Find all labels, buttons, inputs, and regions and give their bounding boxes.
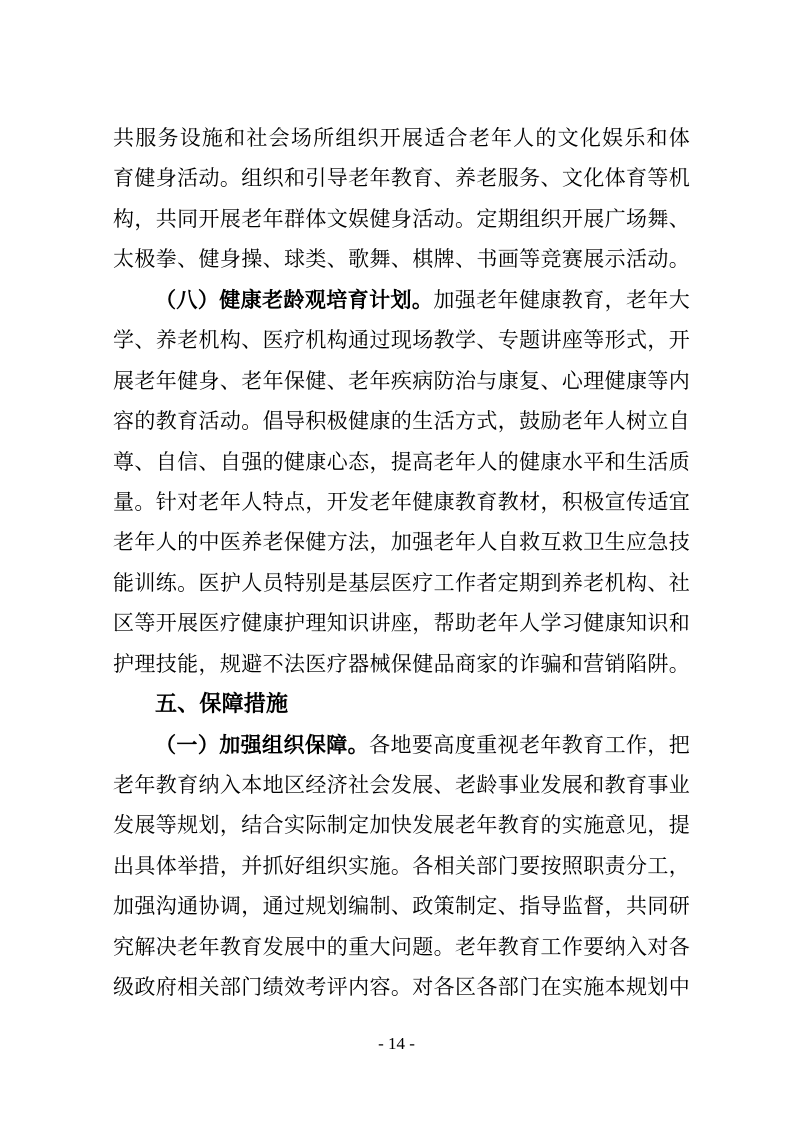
text-line: 太极拳、健身操、球类、歌舞、棋牌、书画等竞赛展示活动。 (113, 239, 690, 279)
text-line: 护理技能，规避不法医疗器械保健品商家的诈骗和营销陷阱。 (113, 644, 690, 684)
line-text: 护理技能，规避不法医疗器械保健品商家的诈骗和营销陷阱。 (113, 652, 690, 676)
line-text: 各地要高度重视老年教育工作，把 (369, 733, 690, 757)
text-line: 老年人的中医养老保健方法，加强老年人自救互救卫生应急技 (113, 522, 690, 562)
line-text: 量。针对老年人特点，开发老年健康教育教材，积极宣传适宜 (113, 490, 690, 514)
line-text: 太极拳、健身操、球类、歌舞、棋牌、书画等竞赛展示活动。 (113, 247, 690, 271)
text-line: （八）健康老龄观培育计划。加强老年健康教育，老年大 (113, 280, 690, 320)
line-text: 老年人的中医养老保健方法，加强老年人自救互救卫生应急技 (113, 530, 690, 554)
document-page: 共服务设施和社会场所组织开展适合老年人的文化娱乐和体育健身活动。组织和引导老年教… (0, 0, 793, 1122)
text-line: 五、保障措施 (113, 684, 690, 724)
line-text: 学、养老机构、医疗机构通过现场教学、专题讲座等形式，开 (113, 328, 690, 352)
text-line: 老年教育纳入本地区经济社会发展、老龄事业发展和教育事业 (113, 765, 690, 805)
line-text: 展老年健身、老年保健、老年疾病防治与康复、心理健康等内 (113, 369, 690, 393)
line-text: 发展等规划，结合实际制定加快发展老年教育的实施意见，提 (113, 813, 690, 837)
text-line: 展老年健身、老年保健、老年疾病防治与康复、心理健康等内 (113, 361, 690, 401)
document-body: 共服务设施和社会场所组织开展适合老年人的文化娱乐和体育健身活动。组织和引导老年教… (113, 118, 690, 1008)
text-line: （一）加强组织保障。各地要高度重视老年教育工作，把 (113, 725, 690, 765)
text-line: 究解决老年教育发展中的重大问题。老年教育工作要纳入对各 (113, 927, 690, 967)
line-text: 区等开展医疗健康护理知识讲座，帮助老年人学习健康知识和 (113, 611, 690, 635)
text-line: 共服务设施和社会场所组织开展适合老年人的文化娱乐和体 (113, 118, 690, 158)
text-line: 发展等规划，结合实际制定加快发展老年教育的实施意见，提 (113, 805, 690, 845)
paragraph: 共服务设施和社会场所组织开展适合老年人的文化娱乐和体育健身活动。组织和引导老年教… (113, 118, 690, 280)
line-text: 容的教育活动。倡导积极健康的生活方式，鼓励老年人树立自 (113, 409, 690, 433)
text-line: 育健身活动。组织和引导老年教育、养老服务、文化体育等机 (113, 158, 690, 198)
text-line: 能训练。医护人员特别是基层医疗工作者定期到养老机构、社 (113, 563, 690, 603)
paragraph: （一）加强组织保障。各地要高度重视老年教育工作，把老年教育纳入本地区经济社会发展… (113, 725, 690, 1008)
line-text: 加强老年健康教育，老年大 (433, 288, 690, 312)
line-text: 五、保障措施 (155, 691, 288, 716)
line-text: 共服务设施和社会场所组织开展适合老年人的文化娱乐和体 (113, 126, 690, 150)
text-line: 容的教育活动。倡导积极健康的生活方式，鼓励老年人树立自 (113, 401, 690, 441)
line-text: 加强沟通协调，通过规划编制、政策制定、指导监督，共同研 (113, 894, 690, 918)
section-heading: 五、保障措施 (113, 684, 690, 724)
paragraph: （八）健康老龄观培育计划。加强老年健康教育，老年大学、养老机构、医疗机构通过现场… (113, 280, 690, 684)
text-line: 级政府相关部门绩效考评内容。对各区各部门在实施本规划中 (113, 967, 690, 1007)
text-line: 出具体举措，并抓好组织实施。各相关部门要按照职责分工， (113, 846, 690, 886)
line-text: 能训练。医护人员特别是基层医疗工作者定期到养老机构、社 (113, 571, 690, 595)
bold-lead-text: （八）健康老龄观培育计划。 (155, 288, 433, 312)
text-line: 区等开展医疗健康护理知识讲座，帮助老年人学习健康知识和 (113, 603, 690, 643)
text-line: 量。针对老年人特点，开发老年健康教育教材，积极宣传适宜 (113, 482, 690, 522)
line-text: 级政府相关部门绩效考评内容。对各区各部门在实施本规划中 (113, 975, 690, 999)
text-line: 尊、自信、自强的健康心态，提高老年人的健康水平和生活质 (113, 442, 690, 482)
bold-lead-text: （一）加强组织保障。 (155, 733, 369, 757)
page-number: - 14 - (378, 1034, 415, 1053)
line-text: 育健身活动。组织和引导老年教育、养老服务、文化体育等机 (113, 166, 690, 190)
line-text: 出具体举措，并抓好组织实施。各相关部门要按照职责分工， (113, 854, 690, 878)
text-line: 构，共同开展老年群体文娱健身活动。定期组织开展广场舞、 (113, 199, 690, 239)
line-text: 尊、自信、自强的健康心态，提高老年人的健康水平和生活质 (113, 450, 690, 474)
text-line: 学、养老机构、医疗机构通过现场教学、专题讲座等形式，开 (113, 320, 690, 360)
page-footer: - 14 - (0, 1033, 793, 1055)
line-text: 究解决老年教育发展中的重大问题。老年教育工作要纳入对各 (113, 935, 690, 959)
line-text: 构，共同开展老年群体文娱健身活动。定期组织开展广场舞、 (113, 207, 690, 231)
line-text: 老年教育纳入本地区经济社会发展、老龄事业发展和教育事业 (113, 773, 690, 797)
text-line: 加强沟通协调，通过规划编制、政策制定、指导监督，共同研 (113, 886, 690, 926)
